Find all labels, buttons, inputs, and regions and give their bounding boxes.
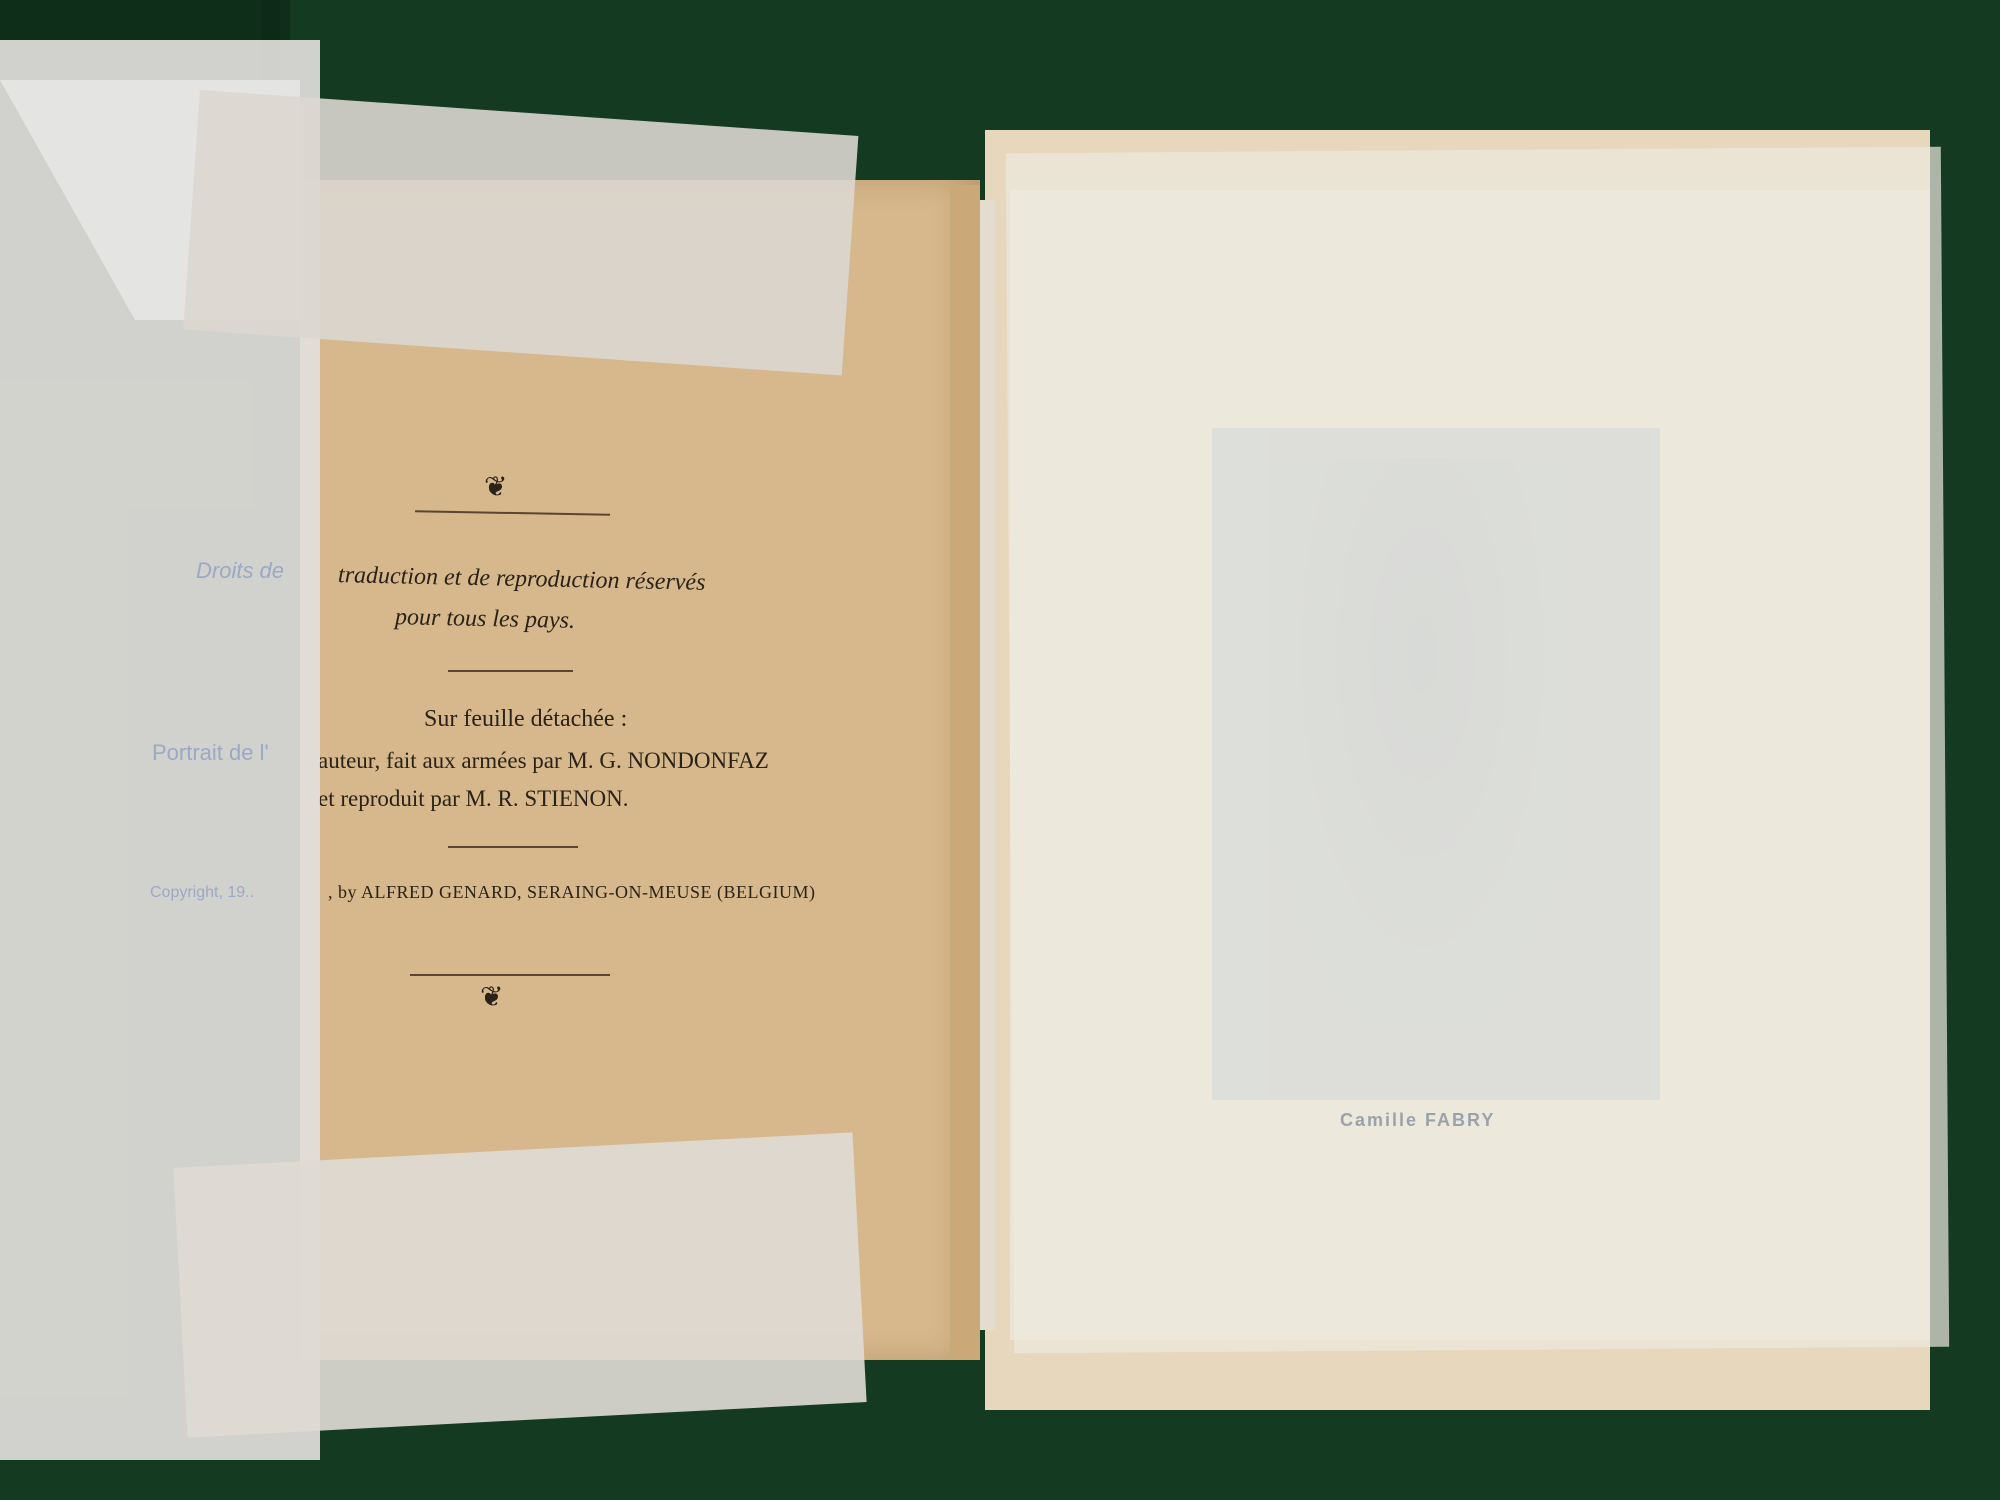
portrait-caption: Camille FABRY	[1340, 1110, 1495, 1131]
detached-sheet-heading: Sur feuille détachée :	[424, 706, 627, 733]
ornament-top-icon: ❦	[484, 470, 507, 504]
show-through-rights: Droits de	[196, 558, 284, 584]
divider-bottom	[410, 974, 610, 976]
portrait-credit-line-1: auteur, fait aux armées par M. G. NONDON…	[318, 748, 769, 774]
divider-lower	[448, 846, 578, 848]
ornament-bottom-icon: ❦	[480, 980, 503, 1014]
portrait-credit-line-2: et reproduit par M. R. STIENON.	[318, 786, 628, 812]
tissue-tape-top	[183, 90, 858, 375]
show-through-copyright: Copyright, 19..	[150, 884, 254, 902]
divider-middle	[448, 670, 573, 672]
show-through-portrait: Portrait de l'	[152, 740, 269, 766]
copyright-line: , by ALFRED GENARD, SERAING-ON-MEUSE (BE…	[328, 882, 815, 903]
left-page-edge	[950, 185, 980, 1360]
rights-line-2: pour tous les pays.	[395, 604, 576, 635]
tissue-tape-bottom	[173, 1132, 866, 1437]
tissue-overlay-right	[1006, 147, 1949, 1353]
